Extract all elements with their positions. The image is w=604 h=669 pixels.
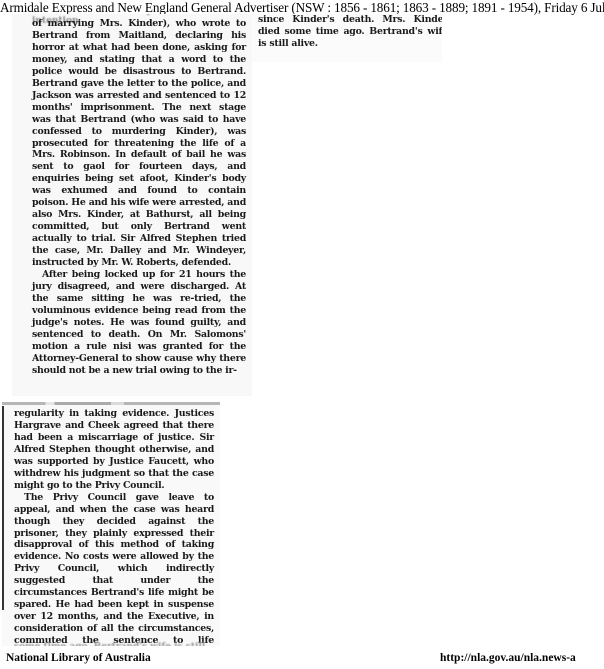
article-column-1: of marrying Mrs. Kinder), who wrote to B…	[32, 18, 246, 377]
article-clipping-2: regularity in taking evidence. Justices …	[2, 402, 220, 646]
cut-off-line: some time ago. Bertrand's wife is still	[14, 642, 214, 646]
article-column-3: since Kinder's death. Mrs. Kinder died s…	[258, 14, 442, 50]
clipping-edge	[2, 402, 220, 405]
article-paragraph: The Privy Council gave leave to appeal, …	[14, 492, 214, 646]
article-paragraph: of marrying Mrs. Kinder), who wrote to B…	[32, 18, 246, 269]
footer-url-link[interactable]: http://nla.gov.au/nla.news-a	[440, 652, 576, 664]
article-clipping-1: which Bertrand had expressed an intentio…	[12, 14, 252, 396]
cut-off-line: which Bertrand had expressed an intentio…	[32, 14, 246, 16]
article-paragraph: regularity in taking evidence. Justices …	[14, 408, 214, 492]
article-column-2: regularity in taking evidence. Justices …	[14, 408, 214, 646]
article-clipping-3: since Kinder's death. Mrs. Kinder died s…	[252, 14, 442, 62]
article-paragraph: After being locked up for 21 hours the j…	[32, 269, 246, 377]
column-rule	[2, 406, 4, 610]
footer-source: National Library of Australia	[6, 652, 151, 664]
article-paragraph: since Kinder's death. Mrs. Kinder died s…	[258, 14, 442, 50]
